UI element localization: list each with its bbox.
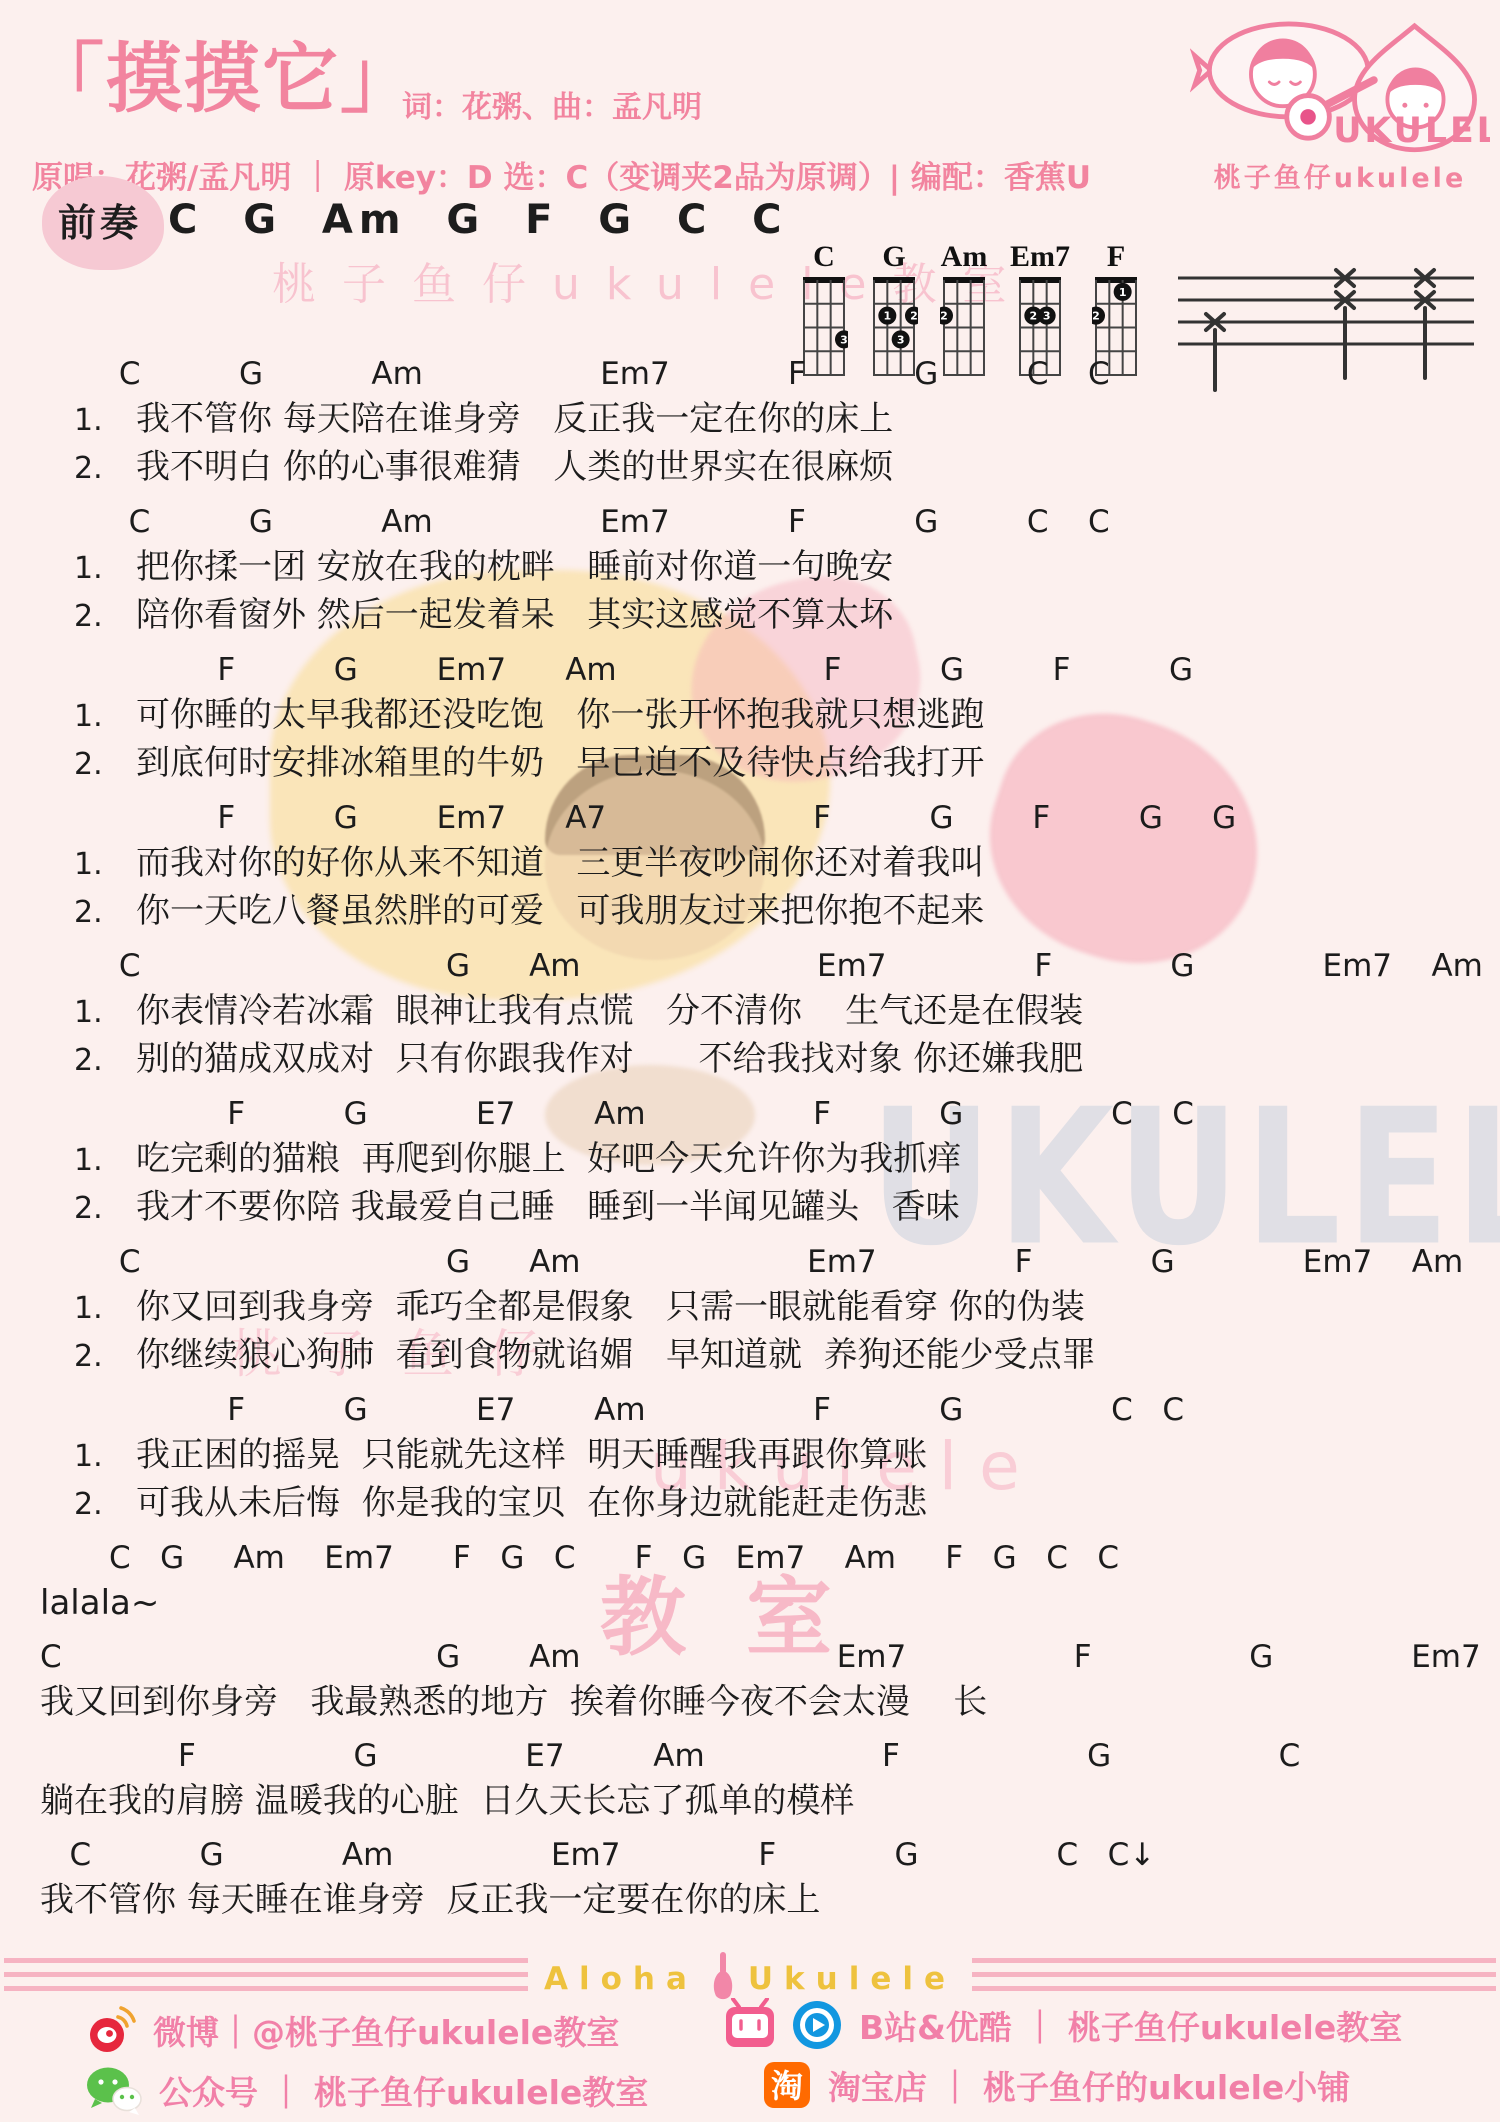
chord-line: C G Am Em7 F G C C — [40, 352, 1500, 396]
song-section: C G Am Em7 F G C C↓我不管你 每天睡在谁身旁 反正我一定要在你… — [40, 1833, 1500, 1924]
lyric-text: 可我从未后悔 你是我的宝贝 在你身边就能赶走伤悲 — [136, 1483, 927, 1523]
verse-number: 2. — [74, 1185, 136, 1232]
lyric-text: 别的猫成双成对 只有你跟我作对 不给我找对象 你还嫌我肥 — [136, 1039, 1083, 1079]
lyric-line: 2.你继续狼心狗肺 看到食物就谄媚 早知道就 养狗还能少受点罪 — [40, 1332, 1500, 1380]
song-title: 「摸摸它」 — [28, 18, 418, 127]
lyric-line: 1.你又回到我身旁 乖巧全都是假象 只需一眼就能看穿 你的伪装 — [40, 1284, 1500, 1332]
chord-sheet-page: 桃子鱼仔ukulele教室 UKULELE 桃子鱼仔 ukulele 教室 「摸… — [0, 0, 1500, 2122]
svg-text:2: 2 — [940, 310, 948, 323]
svg-text:2: 2 — [1030, 310, 1038, 323]
svg-text:2: 2 — [1092, 310, 1100, 323]
verse-number: 1. — [74, 693, 136, 740]
wechat-icon — [85, 2064, 143, 2116]
intro-label: 前奏 — [58, 192, 142, 247]
song-meta: 原唱：花粥/孟凡明 ｜ 原key：D 选：C（变调夹2品为原调）| 编配：香蕉U — [32, 152, 1091, 197]
verse-number: 2. — [74, 1037, 136, 1084]
verse-number: 2. — [74, 1481, 136, 1528]
verse-number: 1. — [74, 1285, 136, 1332]
verse-number: 1. — [74, 397, 136, 444]
social-wechat: 公众号 ｜ 桃子鱼仔ukulele教室 — [85, 2064, 648, 2116]
social-weibo-label: 微博｜@桃子鱼仔ukulele教室 — [153, 2007, 619, 2054]
verse-number: 2. — [74, 741, 136, 788]
chord-line: F G Em7 Am F G F G — [40, 648, 1500, 692]
intro-chords: C G Am G F G C C — [168, 197, 787, 243]
lyric-line: 1.把你揉一团 安放在我的枕畔 睡前对你道一句晚安 — [40, 544, 1500, 592]
chord-line: F G E7 Am F G C — [40, 1734, 1500, 1778]
lyric-text: 我不明白 你的心事很难猜 人类的世界实在很麻烦 — [136, 447, 893, 487]
lyric-line: 2.我才不要你陪 我最爱自己睡 睡到一半闻见罐头 香味 — [40, 1184, 1500, 1232]
chord-line: C G Am Em7 F G Em7 Am — [40, 1240, 1500, 1284]
lyric-text: 我才不要你陪 我最爱自己睡 睡到一半闻见罐头 香味 — [136, 1187, 960, 1227]
lyric-text: 而我对你的好你从来不知道 三更半夜吵闹你还对着我叫 — [136, 843, 984, 883]
lyric-line: 2.别的猫成双成对 只有你跟我作对 不给我找对象 你还嫌我肥 — [40, 1036, 1500, 1084]
song-section: F G E7 Am F G C C1.我正困的摇晃 只能就先这样 明天睡醒我再跟… — [40, 1388, 1500, 1528]
svg-text:1: 1 — [884, 310, 892, 323]
lyric-line: lalala~ — [40, 1580, 1500, 1627]
social-taobao: 淘 淘宝店 ｜ 桃子鱼仔的ukulele小铺 — [762, 2060, 1350, 2110]
song-section: F G E7 Am F G C躺在我的肩膀 温暖我的心脏 日久天长忘了孤单的模样 — [40, 1734, 1500, 1825]
lyric-text: 我又回到你身旁 我最熟悉的地方 挨着你睡今夜不会太漫 长 — [40, 1682, 987, 1722]
chord-name: F — [1092, 242, 1140, 272]
social-bilibili-youku: B站&优酷 ｜ 桃子鱼仔ukulele教室 — [725, 1998, 1402, 2052]
song-section: C G Am Em7 F G C C1.把你揉一团 安放在我的枕畔 睡前对你道一… — [40, 500, 1500, 640]
lyric-text: 你一天吃八餐虽然胖的可爱 可我朋友过来把你抱不起来 — [136, 891, 984, 931]
lyric-line: 1.我不管你 每天陪在谁身旁 反正我一定在你的床上 — [40, 396, 1500, 444]
chord-name: Am — [940, 242, 988, 272]
chord-name: Em7 — [1010, 242, 1070, 272]
taobao-icon: 淘 — [762, 2060, 812, 2110]
lyric-line: 2.你一天吃八餐虽然胖的可爱 可我朋友过来把你抱不起来 — [40, 888, 1500, 936]
chord-name: G — [870, 242, 918, 272]
verse-number: 1. — [74, 1137, 136, 1184]
song-section: F G Em7 A7 F G F G G1.而我对你的好你从来不知道 三更半夜吵… — [40, 796, 1500, 936]
svg-text:1: 1 — [1119, 286, 1127, 299]
lyric-line: 1.吃完剩的猫粮 再爬到你腿上 好吧今天允许你为我抓痒 — [40, 1136, 1500, 1184]
verse-number: 2. — [74, 445, 136, 492]
svg-text:3: 3 — [840, 333, 848, 346]
lyric-line: 2.陪你看窗外 然后一起发着呆 其实这感觉不算太坏 — [40, 592, 1500, 640]
chord-line: C G Am Em7 F G Em7 Am — [40, 944, 1500, 988]
svg-text:3: 3 — [897, 333, 905, 346]
song-section: C G Am Em7 F G Em7 Am1.你又回到我身旁 乖巧全都是假象 只… — [40, 1240, 1500, 1380]
chord-line: C G Am Em7 F G C F G Em7 Am F G C C — [40, 1536, 1500, 1580]
lyric-text: lalala~ — [40, 1583, 159, 1623]
chord-line: C G Am Em7 F G Em7 Am — [40, 1635, 1500, 1679]
chord-name: C — [800, 242, 848, 272]
verse-number: 1. — [74, 545, 136, 592]
lyric-line: 1.可你睡的太早我都还没吃饱 你一张开怀抱我就只想逃跑 — [40, 692, 1500, 740]
chord-line: F G E7 Am F G C C — [40, 1092, 1500, 1136]
youku-play-icon — [791, 1999, 843, 2051]
song-section: C G Am Em7 F G C F G Em7 Am F G C Clalal… — [40, 1536, 1500, 1627]
song-section: F G Em7 Am F G F G1.可你睡的太早我都还没吃饱 你一张开怀抱我… — [40, 648, 1500, 788]
lyric-text: 你表情冷若冰霜 眼神让我有点慌 分不清你 生气还是在假装 — [136, 991, 1083, 1031]
social-wechat-label: 公众号 ｜ 桃子鱼仔ukulele教室 — [159, 2067, 648, 2114]
lyric-text: 我不管你 每天睡在谁身旁 反正我一定要在你的床上 — [40, 1880, 820, 1920]
lyric-line: 1.而我对你的好你从来不知道 三更半夜吵闹你还对着我叫 — [40, 840, 1500, 888]
lyric-text: 可你睡的太早我都还没吃饱 你一张开怀抱我就只想逃跑 — [136, 695, 984, 735]
lyric-line: 2.到底何时安排冰箱里的牛奶 早已迫不及待快点给我打开 — [40, 740, 1500, 788]
lyric-text: 吃完剩的猫粮 再爬到你腿上 好吧今天允许你为我抓痒 — [136, 1139, 961, 1179]
lyric-text: 你又回到我身旁 乖巧全都是假象 只需一眼就能看穿 你的伪装 — [136, 1287, 1085, 1327]
song-section: C G Am Em7 F G Em7 Am我又回到你身旁 我最熟悉的地方 挨着你… — [40, 1635, 1500, 1726]
lyric-text: 陪你看窗外 然后一起发着呆 其实这感觉不算太坏 — [136, 595, 893, 635]
lyric-line: 我不管你 每天睡在谁身旁 反正我一定要在你的床上 — [40, 1877, 1500, 1924]
sections: C G Am Em7 F G C C1.我不管你 每天陪在谁身旁 反正我一定在你… — [40, 352, 1500, 1932]
aloha-word-right: Ukulele — [748, 1961, 956, 1997]
lyric-line: 2.可我从未后悔 你是我的宝贝 在你身边就能赶走伤悲 — [40, 1480, 1500, 1528]
aloha-word-left: Aloha — [544, 1961, 698, 1997]
divider-stripes-left — [4, 1958, 528, 2000]
bilibili-icon — [725, 1998, 775, 2052]
lyric-text: 我不管你 每天陪在谁身旁 反正我一定在你的床上 — [136, 399, 893, 439]
lyric-text: 把你揉一团 安放在我的枕畔 睡前对你道一句晚安 — [136, 547, 893, 587]
lyric-line: 2.我不明白 你的心事很难猜 人类的世界实在很麻烦 — [40, 444, 1500, 492]
social-taobao-label: 淘宝店 ｜ 桃子鱼仔的ukulele小铺 — [828, 2062, 1350, 2109]
song-credits: 词：花粥、曲：孟凡明 — [402, 82, 702, 126]
lyric-line: 我又回到你身旁 我最熟悉的地方 挨着你睡今夜不会太漫 长 — [40, 1679, 1500, 1726]
chord-line: C G Am Em7 F G C C↓ — [40, 1833, 1500, 1877]
lyric-line: 1.你表情冷若冰霜 眼神让我有点慌 分不清你 生气还是在假装 — [40, 988, 1500, 1036]
verse-number: 1. — [74, 841, 136, 888]
chord-line: F G Em7 A7 F G F G G — [40, 796, 1500, 840]
logo-caption: 桃子鱼仔ukulele — [1190, 156, 1490, 195]
lyric-text: 躺在我的肩膀 温暖我的心脏 日久天长忘了孤单的模样 — [40, 1781, 854, 1821]
lyric-line: 躺在我的肩膀 温暖我的心脏 日久天长忘了孤单的模样 — [40, 1778, 1500, 1825]
social-weibo: 微博｜@桃子鱼仔ukulele教室 — [85, 2004, 619, 2056]
logo-text: UKULELE — [1333, 111, 1490, 151]
svg-text:3: 3 — [1043, 310, 1051, 323]
song-section: C G Am Em7 F G C C1.我不管你 每天陪在谁身旁 反正我一定在你… — [40, 352, 1500, 492]
svg-text:淘: 淘 — [771, 2067, 803, 2105]
song-section: F G E7 Am F G C C1.吃完剩的猫粮 再爬到你腿上 好吧今天允许你… — [40, 1092, 1500, 1232]
intro-line: 前奏 C G Am G F G C C — [58, 192, 788, 247]
lyric-text: 你继续狼心狗肺 看到食物就谄媚 早知道就 养狗还能少受点罪 — [136, 1335, 1096, 1375]
verse-number: 2. — [74, 889, 136, 936]
weibo-icon — [85, 2004, 137, 2056]
song-section: C G Am Em7 F G Em7 Am1.你表情冷若冰霜 眼神让我有点慌 分… — [40, 944, 1500, 1084]
studio-logo: UKULELE 桃子鱼仔ukulele — [1190, 8, 1490, 195]
svg-text:2: 2 — [910, 310, 918, 323]
verse-number: 1. — [74, 989, 136, 1036]
chord-line: C G Am Em7 F G C C — [40, 500, 1500, 544]
social-bilibili-youku-label: B站&优酷 ｜ 桃子鱼仔ukulele教室 — [859, 2002, 1402, 2049]
chord-line: F G E7 Am F G C C — [40, 1388, 1500, 1432]
divider-stripes-right — [972, 1958, 1496, 2000]
fish-peach-logo-icon: UKULELE — [1190, 8, 1490, 158]
lyric-text: 到底何时安排冰箱里的牛奶 早已迫不及待快点给我打开 — [136, 743, 984, 783]
verse-number: 2. — [74, 593, 136, 640]
verse-number: 1. — [74, 1433, 136, 1480]
verse-number: 2. — [74, 1333, 136, 1380]
lyric-line: 1.我正困的摇晃 只能就先这样 明天睡醒我再跟你算账 — [40, 1432, 1500, 1480]
lyric-text: 我正困的摇晃 只能就先这样 明天睡醒我再跟你算账 — [136, 1435, 927, 1475]
